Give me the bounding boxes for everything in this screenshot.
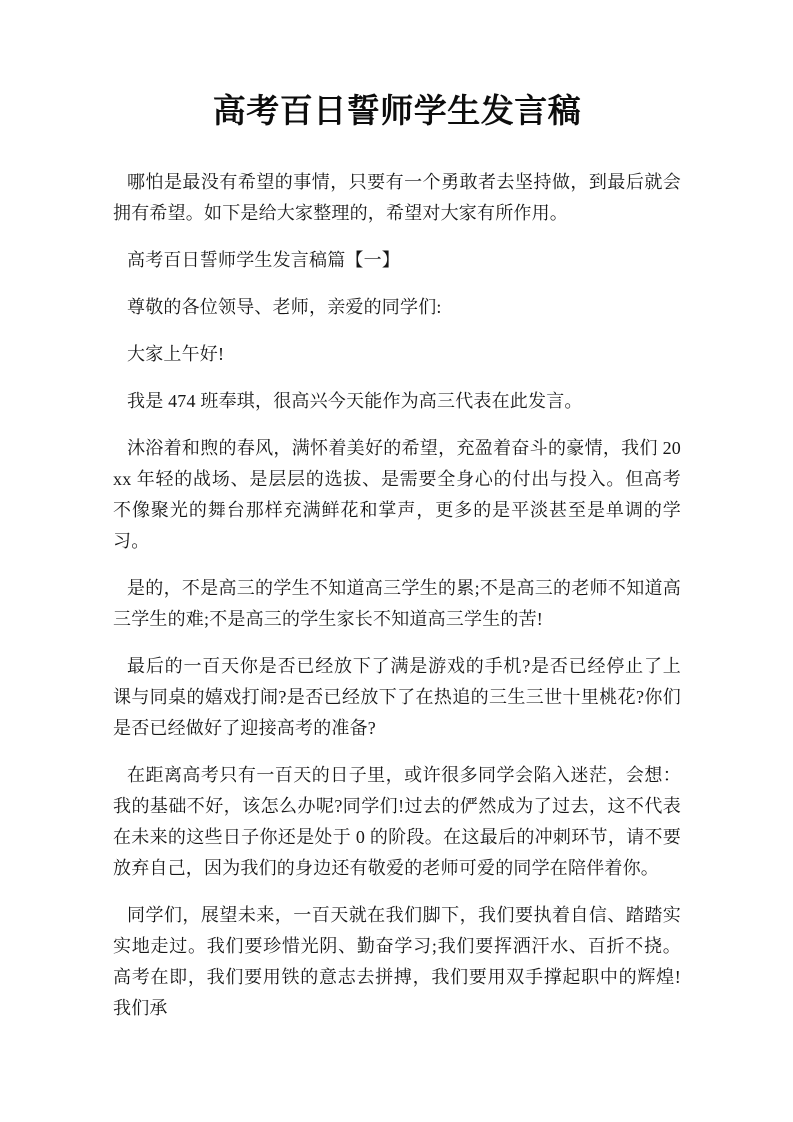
- paragraph-intro: 哪怕是最没有希望的事情，只要有一个勇敢者去坚持做，到最后就会拥有希望。如下是给大…: [113, 167, 681, 229]
- paragraph-salutation: 尊敬的各位领导、老师，亲爱的同学们:: [113, 292, 681, 323]
- paragraph: 是的，不是高三的学生不知道高三学生的累;不是高三的老师不知道高三学生的难;不是高…: [113, 573, 681, 635]
- paragraph: 最后的一百天你是否已经放下了满是游戏的手机?是否已经停止了上课与同桌的嬉戏打闹?…: [113, 651, 681, 744]
- paragraph: 在距离高考只有一百天的日子里，或许很多同学会陷入迷茫，会想：我的基础不好，该怎么…: [113, 760, 681, 884]
- document-body: 哪怕是最没有希望的事情，只要有一个勇敢者去坚持做，到最后就会拥有希望。如下是给大…: [113, 167, 681, 1024]
- document-title: 高考百日誓师学生发言稿: [113, 88, 681, 136]
- paragraph: 同学们，展望未来，一百天就在我们脚下，我们要执着自信、踏踏实实地走过。我们要珍惜…: [113, 900, 681, 1024]
- paragraph: 沐浴着和煦的春风，满怀着美好的希望，充盈着奋斗的豪情，我们 20xx 年轻的战场…: [113, 433, 681, 557]
- document-page: 高考百日誓师学生发言稿 哪怕是最没有希望的事情，只要有一个勇敢者去坚持做，到最后…: [0, 0, 793, 1122]
- paragraph-section-heading: 高考百日誓师学生发言稿篇【一】: [113, 245, 681, 276]
- paragraph-self-intro: 我是 474 班奉琪，很高兴今天能作为高三代表在此发言。: [113, 386, 681, 417]
- paragraph-greeting: 大家上午好!: [113, 339, 681, 370]
